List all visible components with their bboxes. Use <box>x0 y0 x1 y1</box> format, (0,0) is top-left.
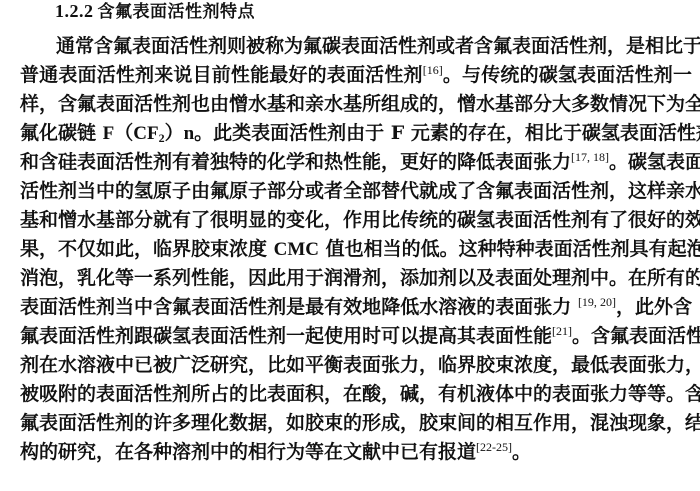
line-text: 。碳氢表面 <box>609 151 700 173</box>
formula-part: F（CF <box>103 123 159 144</box>
line-text: 氟表面活性剂跟碳氢表面活性剂一起使用时可以提高其表面性能 <box>20 325 552 347</box>
paragraph-line-7: 基和憎水基部分就有了很明显的变化，作用比传统的碳氢表面活性剂有了很好的效 <box>20 206 692 235</box>
line-text: ，此外含 <box>616 296 692 318</box>
paragraph-line-1: 通常含氟表面活性剂则被称为氟碳表面活性剂或者含氟表面活性剂，是相比于 <box>56 32 692 61</box>
line-text: 表面活性剂当中含氟表面活性剂是最有效地降低水溶液的表面张力 <box>20 296 578 318</box>
paragraph-line-5: 和含硅表面活性剂有着独特的化学和热性能，更好的降低表面张力[17, 18]。碳氢… <box>20 148 692 177</box>
line-text: 。此类表面活性剂由于 F 元素的存在，相比于碳氢表面活性剂 <box>194 122 700 144</box>
paragraph-line-3: 样，含氟表面活性剂也由憎水基和亲水基所组成的，憎水基部分大多数情况下为全 <box>20 90 692 119</box>
citation-ref: [16] <box>423 63 443 77</box>
line-text: 。 <box>512 441 531 463</box>
line-text: 氟化碳链 <box>20 122 103 144</box>
citation-ref: [22-25] <box>476 440 512 454</box>
section-heading: 1.2.2含氟表面活性剂特点 <box>55 0 255 24</box>
paragraph-line-4: 氟化碳链 F（CF2）n。此类表面活性剂由于 F 元素的存在，相比于碳氢表面活性… <box>20 119 692 148</box>
citation-ref: [21] <box>552 324 572 338</box>
paragraph-line-11: 氟表面活性剂跟碳氢表面活性剂一起使用时可以提高其表面性能[21]。含氟表面活性 <box>20 322 692 351</box>
line-text: 果，不仅如此，临界胶束浓度 <box>20 238 274 260</box>
line-text: 。含氟表面活性 <box>572 325 700 347</box>
paragraph-line-10: 表面活性剂当中含氟表面活性剂是最有效地降低水溶液的表面张力 [19, 20]，此… <box>20 293 692 322</box>
line-text: 。与传统的碳氢表面活性剂一 <box>443 64 692 86</box>
paragraph-line-14: 氟表面活性剂的许多理化数据，如胶束的形成，胶束间的相互作用，混浊现象，结 <box>20 409 692 438</box>
paragraph-line-15: 构的研究，在各种溶剂中的相行为等在文献中已有报道[22-25]。 <box>20 438 692 467</box>
section-number: 1.2.2 <box>55 1 94 21</box>
line-text: 和含硅表面活性剂有着独特的化学和热性能，更好的降低表面张力 <box>20 151 571 173</box>
formula-part: ）n <box>165 123 195 144</box>
cmc-abbreviation: CMC <box>274 239 319 260</box>
paragraph-line-2: 普通表面活性剂来说目前性能最好的表面活性剂[16]。与传统的碳氢表面活性剂一 <box>20 61 692 90</box>
paragraph-line-8: 果，不仅如此，临界胶束浓度 CMC 值也相当的低。这种特种表面活性剂具有起泡， <box>20 235 692 264</box>
paragraph-line-9: 消泡，乳化等一系列性能，因此用于润滑剂，添加剂以及表面处理剂中。在所有的 <box>20 264 692 293</box>
document-page: 1.2.2含氟表面活性剂特点 通常含氟表面活性剂则被称为氟碳表面活性剂或者含氟表… <box>0 0 700 491</box>
chemical-formula: F（CF2）n <box>103 123 195 144</box>
paragraph-line-6: 活性剂当中的氢原子由氟原子部分或者全部替代就成了含氟表面活性剂，这样亲水 <box>20 177 692 206</box>
line-text: 普通表面活性剂来说目前性能最好的表面活性剂 <box>20 64 423 86</box>
paragraph-line-13: 被吸附的表面活性剂所占的比表面积，在酸，碱，有机液体中的表面张力等等。含 <box>20 380 692 409</box>
paragraph-line-12: 剂在水溶液中已被广泛研究，比如平衡表面张力，临界胶束浓度，最低表面张力， <box>20 351 692 380</box>
citation-ref: [17, 18] <box>571 150 609 164</box>
line-text: 构的研究，在各种溶剂中的相行为等在文献中已有报道 <box>20 441 476 463</box>
section-title: 含氟表面活性剂特点 <box>98 2 256 22</box>
citation-ref: [19, 20] <box>578 295 616 309</box>
line-text: 值也相当的低。这种特种表面活性剂具有起泡， <box>319 238 700 260</box>
